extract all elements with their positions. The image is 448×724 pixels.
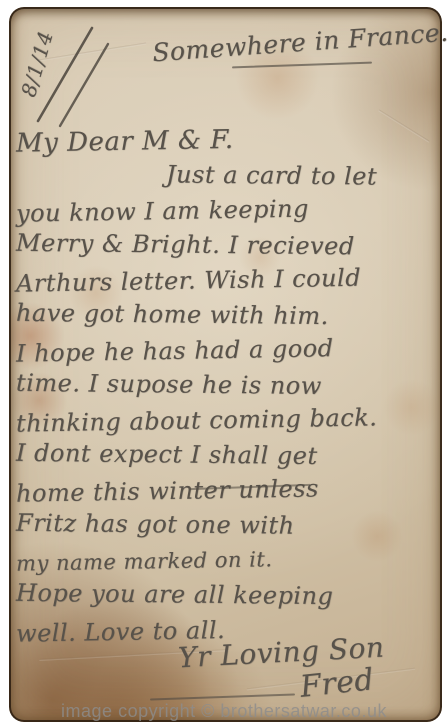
salutation: My Dear M & F.	[16, 119, 439, 161]
letter-line: home this winter unless	[16, 469, 439, 511]
letter-line: you know I am keeping	[16, 189, 439, 231]
letter-line: I dont expect I shall get	[16, 436, 438, 475]
letter-line: Just a card to let	[16, 156, 438, 195]
letter-line: my name marked on it.	[16, 539, 439, 581]
letter-line: thinking about coming back.	[16, 399, 439, 441]
letter-line: I hope he has had a good	[16, 329, 439, 371]
letter-body: My Dear M & F. Just a card to let you kn…	[16, 123, 438, 648]
letter-line: time. I supose he is now	[16, 366, 438, 405]
copyright-watermark: image copyright © brothersatwar.co.uk	[0, 701, 448, 722]
letter-line: Fritz has got one with	[16, 506, 438, 545]
letter-line: Hope you are all keeping	[16, 576, 438, 615]
letter-line: Merry & Bright. I recieved	[16, 226, 438, 265]
letter-line: have got home with him.	[16, 296, 438, 335]
letter-line: Arthurs letter. Wish I could	[16, 259, 439, 301]
